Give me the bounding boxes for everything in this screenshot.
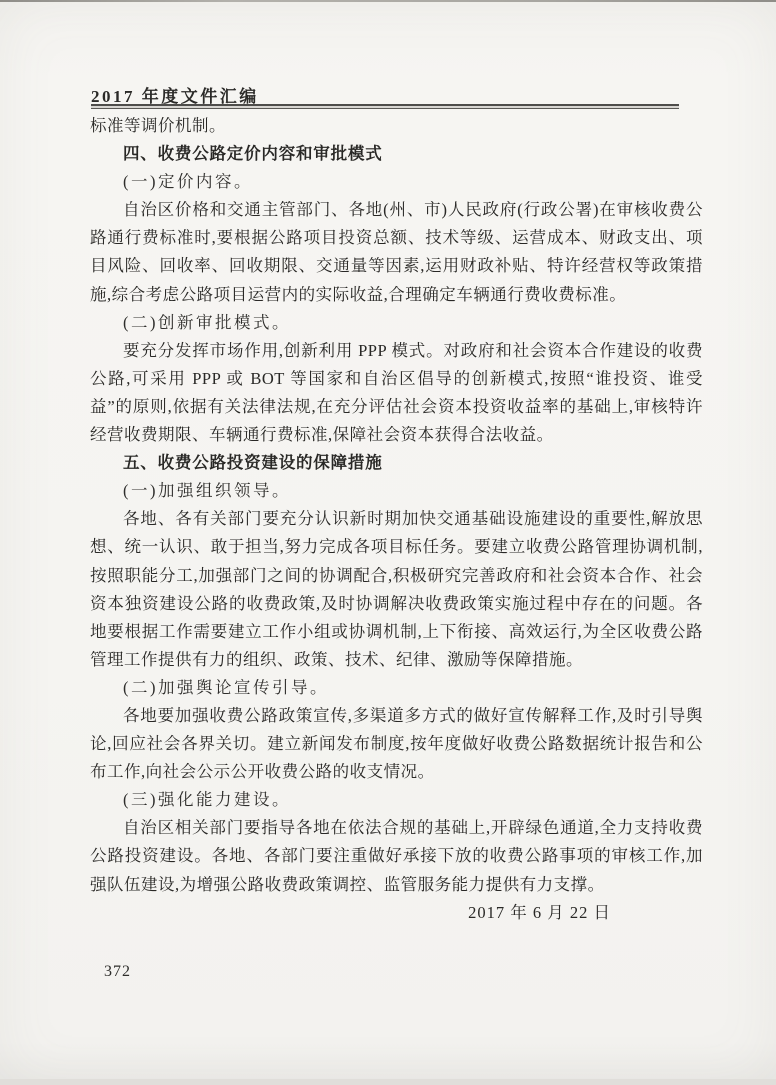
scan-edge-bottom	[0, 1079, 776, 1085]
paragraph: 各地、各有关部门要充分认识新时期加快交通基础设施建设的重要性,解放思想、统一认识…	[90, 505, 703, 674]
subsection-heading: (二)加强舆论宣传引导。	[90, 674, 703, 702]
paragraph: 标准等调价机制。	[90, 112, 703, 140]
paragraph: 自治区相关部门要指导各地在依法合规的基础上,开辟绿色通道,全力支持收费公路投资建…	[90, 814, 703, 898]
subsection-heading: (一)加强组织领导。	[90, 477, 703, 505]
scanned-document-page: 2017 年度文件汇编 标准等调价机制。 四、收费公路定价内容和审批模式 (一)…	[0, 0, 776, 1085]
subsection-heading: (一)定价内容。	[90, 168, 703, 196]
header-double-rule	[91, 104, 679, 109]
document-body: 标准等调价机制。 四、收费公路定价内容和审批模式 (一)定价内容。 自治区价格和…	[90, 112, 703, 927]
paragraph: 各地要加强收费公路政策宣传,多渠道多方式的做好宣传解释工作,及时引导舆论,回应社…	[90, 702, 703, 786]
subsection-heading: (二)创新审批模式。	[90, 309, 703, 337]
scan-edge-top	[0, 0, 776, 2]
subsection-heading: (三)强化能力建设。	[90, 786, 703, 814]
document-date: 2017 年 6 月 22 日	[90, 899, 703, 927]
section-heading: 四、收费公路定价内容和审批模式	[90, 140, 703, 168]
section-heading: 五、收费公路投资建设的保障措施	[90, 449, 703, 477]
page-number: 372	[104, 963, 131, 981]
paragraph: 自治区价格和交通主管部门、各地(州、市)人民政府(行政公署)在审核收费公路通行费…	[90, 196, 703, 308]
paragraph: 要充分发挥市场作用,创新利用 PPP 模式。对政府和社会资本合作建设的收费公路,…	[90, 337, 703, 449]
